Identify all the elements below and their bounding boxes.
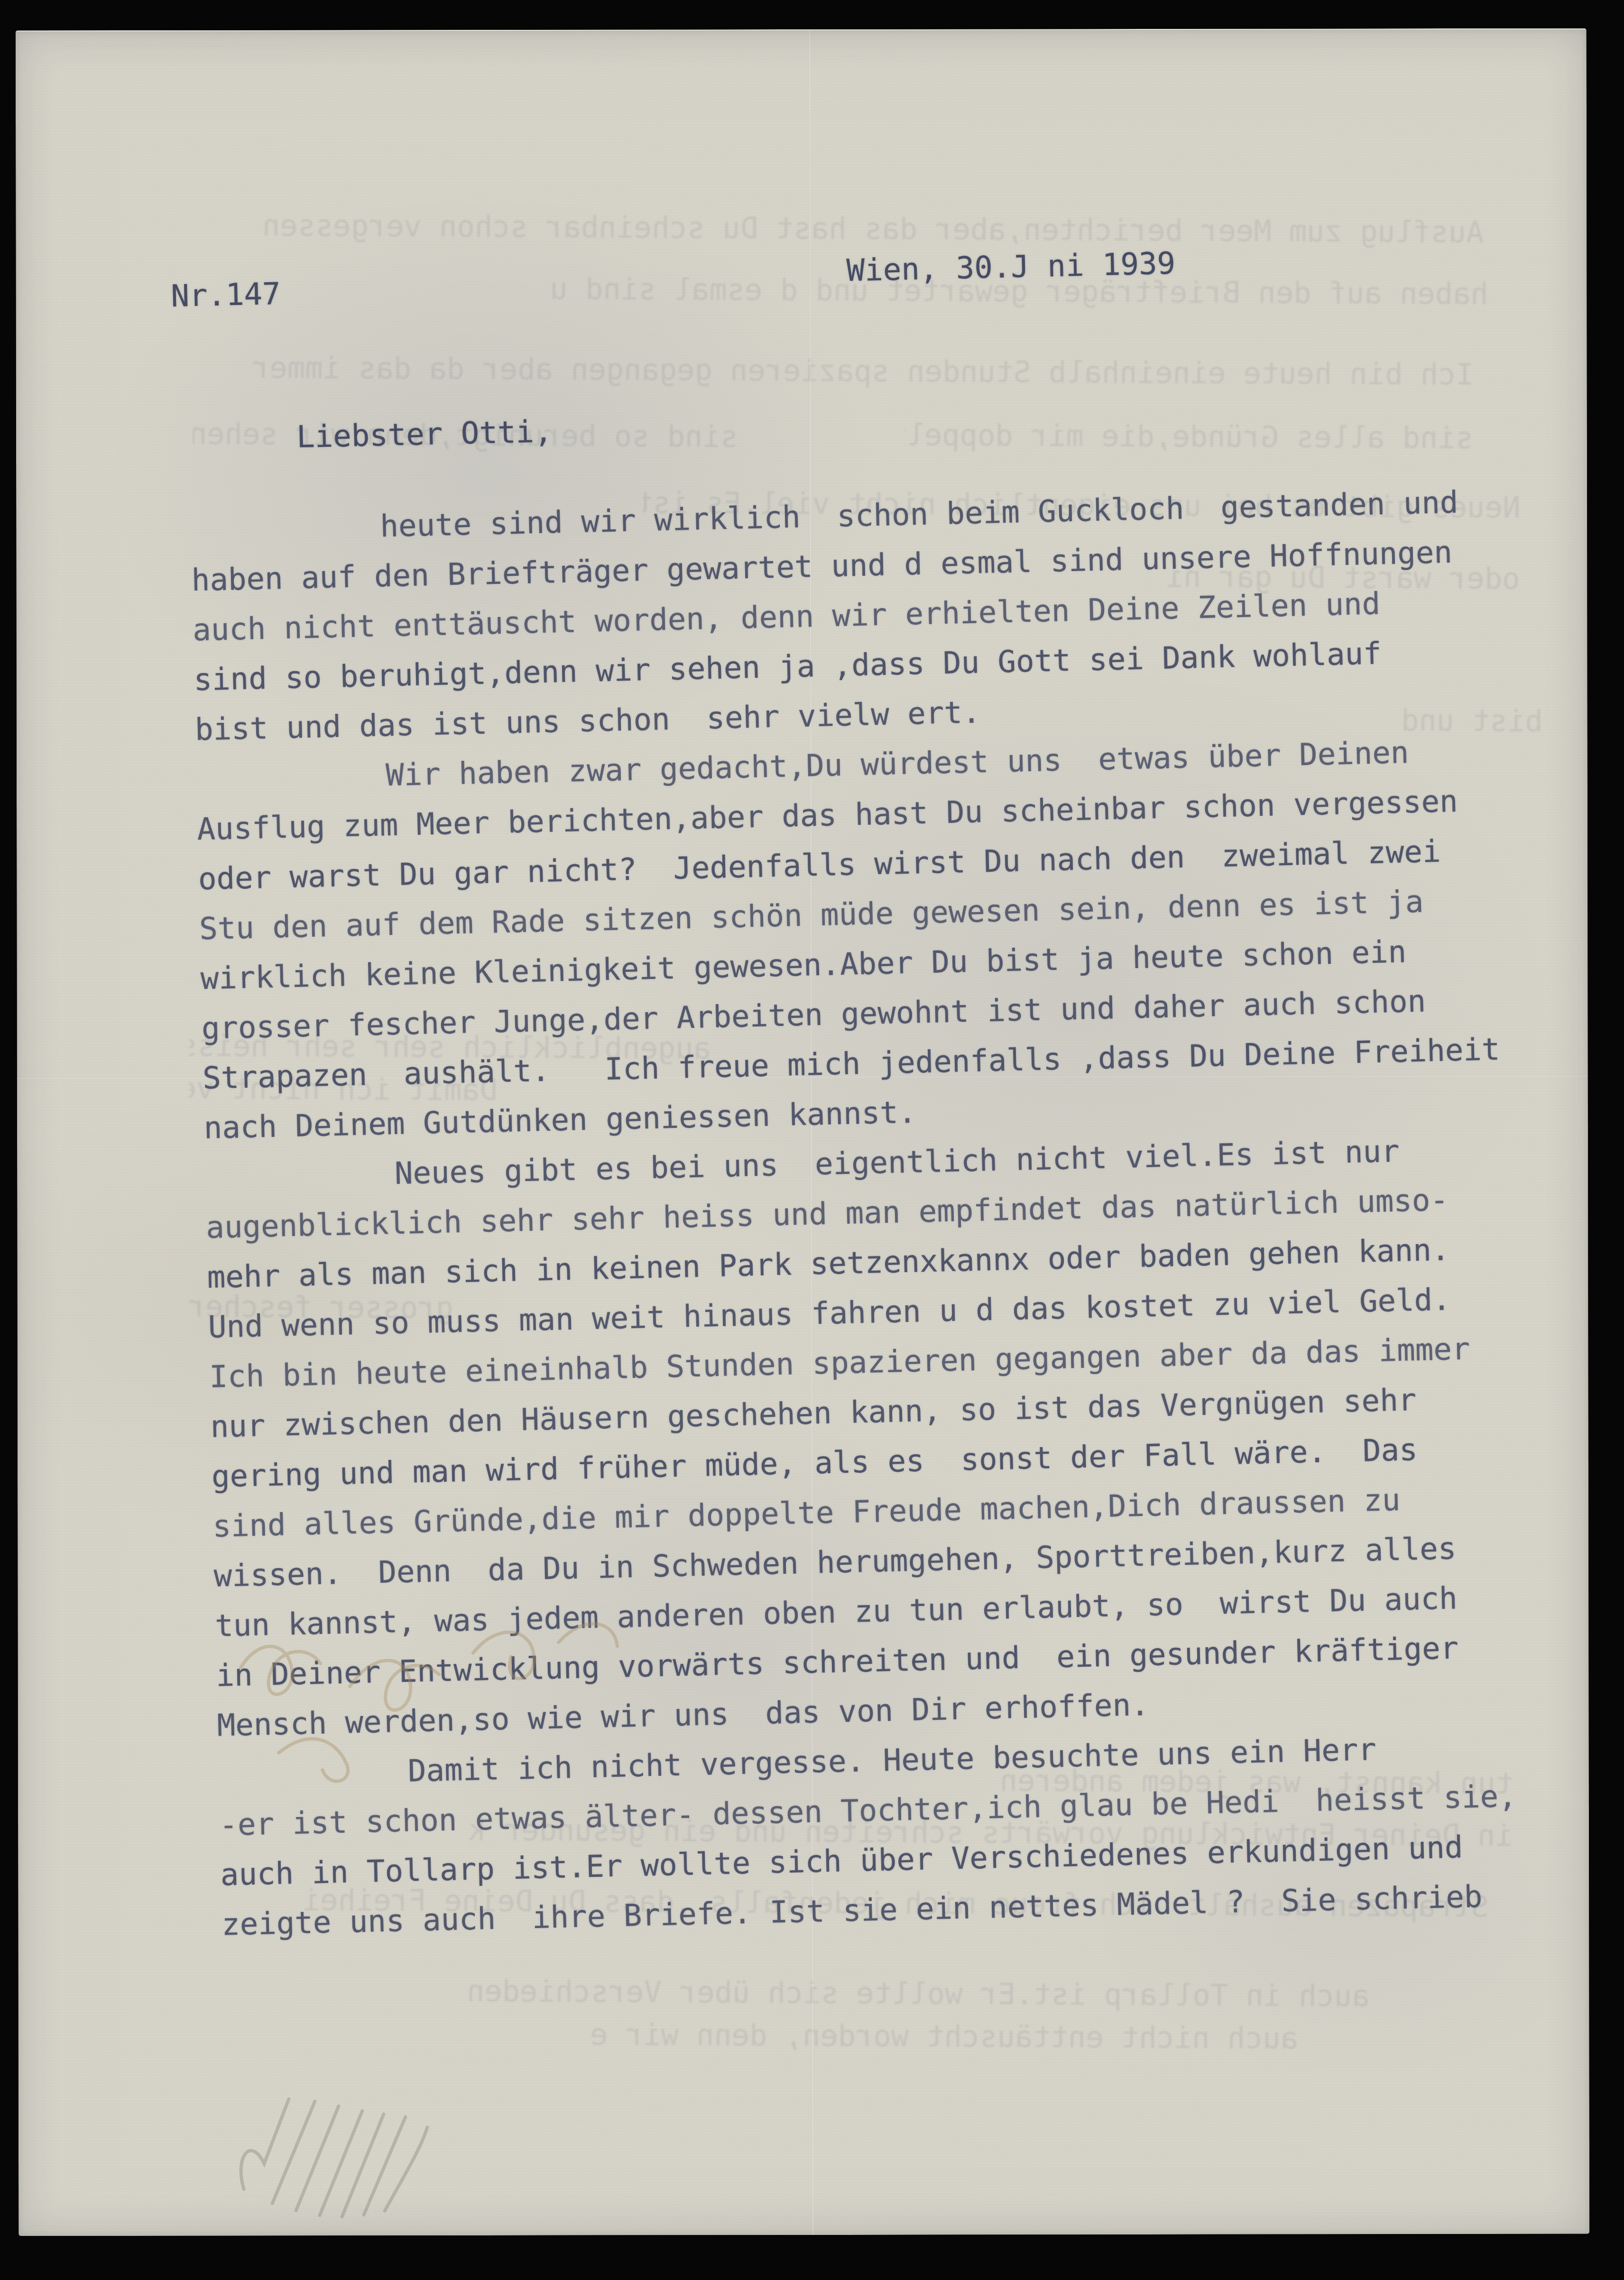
letter-number: Nr.147 — [171, 277, 281, 314]
dateline: Wien, 30.J ni 1939 — [846, 246, 1176, 288]
letter-paper: Ausflug zum Meer berichten,aber das hast… — [16, 28, 1589, 2236]
typed-text-layer: Nr.147 Wien, 30.J ni 1939 Liebster Otti,… — [155, 199, 1502, 229]
letter-body: heute sind wir wirklich schon beim Guckl… — [190, 484, 1545, 1957]
scanned-letter-screenshot: Ausflug zum Meer berichten,aber das hast… — [0, 0, 1624, 2280]
pencil-signature-scribble-icon — [218, 2013, 512, 2236]
bleed-through-text: sind alles Gründe,die mir doppelte Freud… — [904, 411, 1474, 462]
bleed-through-text: Ich bin heute eineinhalb Stunden spazier… — [193, 344, 1474, 398]
bleed-through-text: auch in Tollarp ist.Er wollte sich über … — [469, 1967, 1370, 2020]
bleed-through-text: auch nicht enttäuscht worden, denn wir e… — [587, 2011, 1299, 2062]
salutation: Liebster Otti, — [296, 414, 553, 455]
bleed-through-text: Ausflug zum Meer berichten,aber das hast… — [194, 202, 1484, 256]
